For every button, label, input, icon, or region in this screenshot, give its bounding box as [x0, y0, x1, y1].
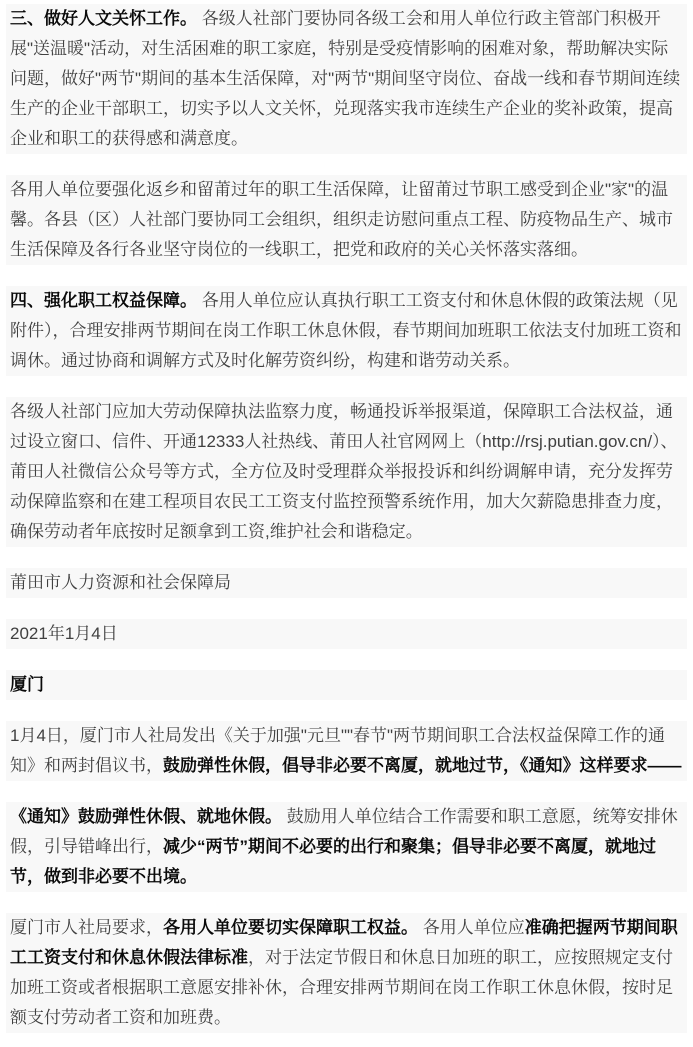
section-heading: 四、强化职工权益保障。 [10, 291, 197, 310]
para-section-four-rights-protection: 四、强化职工权益保障。 各用人单位应认真执行职工工资支付和休息休假的政策法规（见… [6, 286, 687, 376]
para-section-three-human-care: 三、做好人文关怀工作。 各级人社部门要协同各级工会和用人单位行政主管部门积极开展… [6, 4, 687, 154]
para-worker-life-support: 各用人单位要强化返乡和留莆过年的职工生活保障，让留莆过节职工感受到企业"家"的温… [6, 175, 687, 265]
bold-text-segment: 《通知》鼓励弹性休假、就地休假。 [10, 807, 282, 826]
issuer-name: 莆田市人力资源和社会保障局 [10, 573, 231, 592]
para-xiamen-requirements: 厦门市人社局要求，各用人单位要切实保障职工权益。 各用人单位应准确把握两节期间职… [6, 913, 687, 1033]
para-issuer-putian-hrss-bureau: 莆田市人力资源和社会保障局 [6, 568, 687, 598]
article-body: 三、做好人文关怀工作。 各级人社部门要协同各级工会和用人单位行政主管部门积极开展… [0, 0, 693, 1047]
text-segment: 各级人社部门应加大劳动保障执法监察力度，畅通投诉举报渠道，保障职工合法权益，通过… [10, 402, 678, 541]
city-heading: 厦门 [10, 675, 44, 694]
para-issue-date: 2021年1月4日 [6, 619, 687, 649]
text-segment: 各用人单位要强化返乡和留莆过年的职工生活保障，让留莆过节职工感受到企业"家"的温… [10, 180, 673, 259]
text-segment: 各用人单位应 [418, 918, 525, 937]
date-text: 2021年1月4日 [10, 624, 118, 643]
para-labor-inspection-hotline: 各级人社部门应加大劳动保障执法监察力度，畅通投诉举报渠道，保障职工合法权益，通过… [6, 397, 687, 547]
text-segment: 厦门市人社局要求， [10, 918, 163, 937]
section-heading: 三、做好人文关怀工作。 [10, 9, 197, 28]
para-notice-flexible-leave: 《通知》鼓励弹性休假、就地休假。 鼓励用人单位结合工作需要和职工意愿，统筹安排休… [6, 802, 687, 892]
text-segment: 各级人社部门要协同各级工会和用人单位行政主管部门积极开展"送温暖"活动，对生活困… [10, 9, 680, 148]
para-city-heading-xiamen: 厦门 [6, 670, 687, 700]
bold-text-segment: 各用人单位要切实保障职工权益。 [163, 918, 418, 937]
para-xiamen-notice-intro: 1月4日，厦门市人社局发出《关于加强"元旦""春节"两节期间职工合法权益保障工作… [6, 721, 687, 781]
bold-text-segment: 鼓励弹性休假，倡导非必要不离厦，就地过节，《通知》这样要求—— [163, 756, 682, 775]
